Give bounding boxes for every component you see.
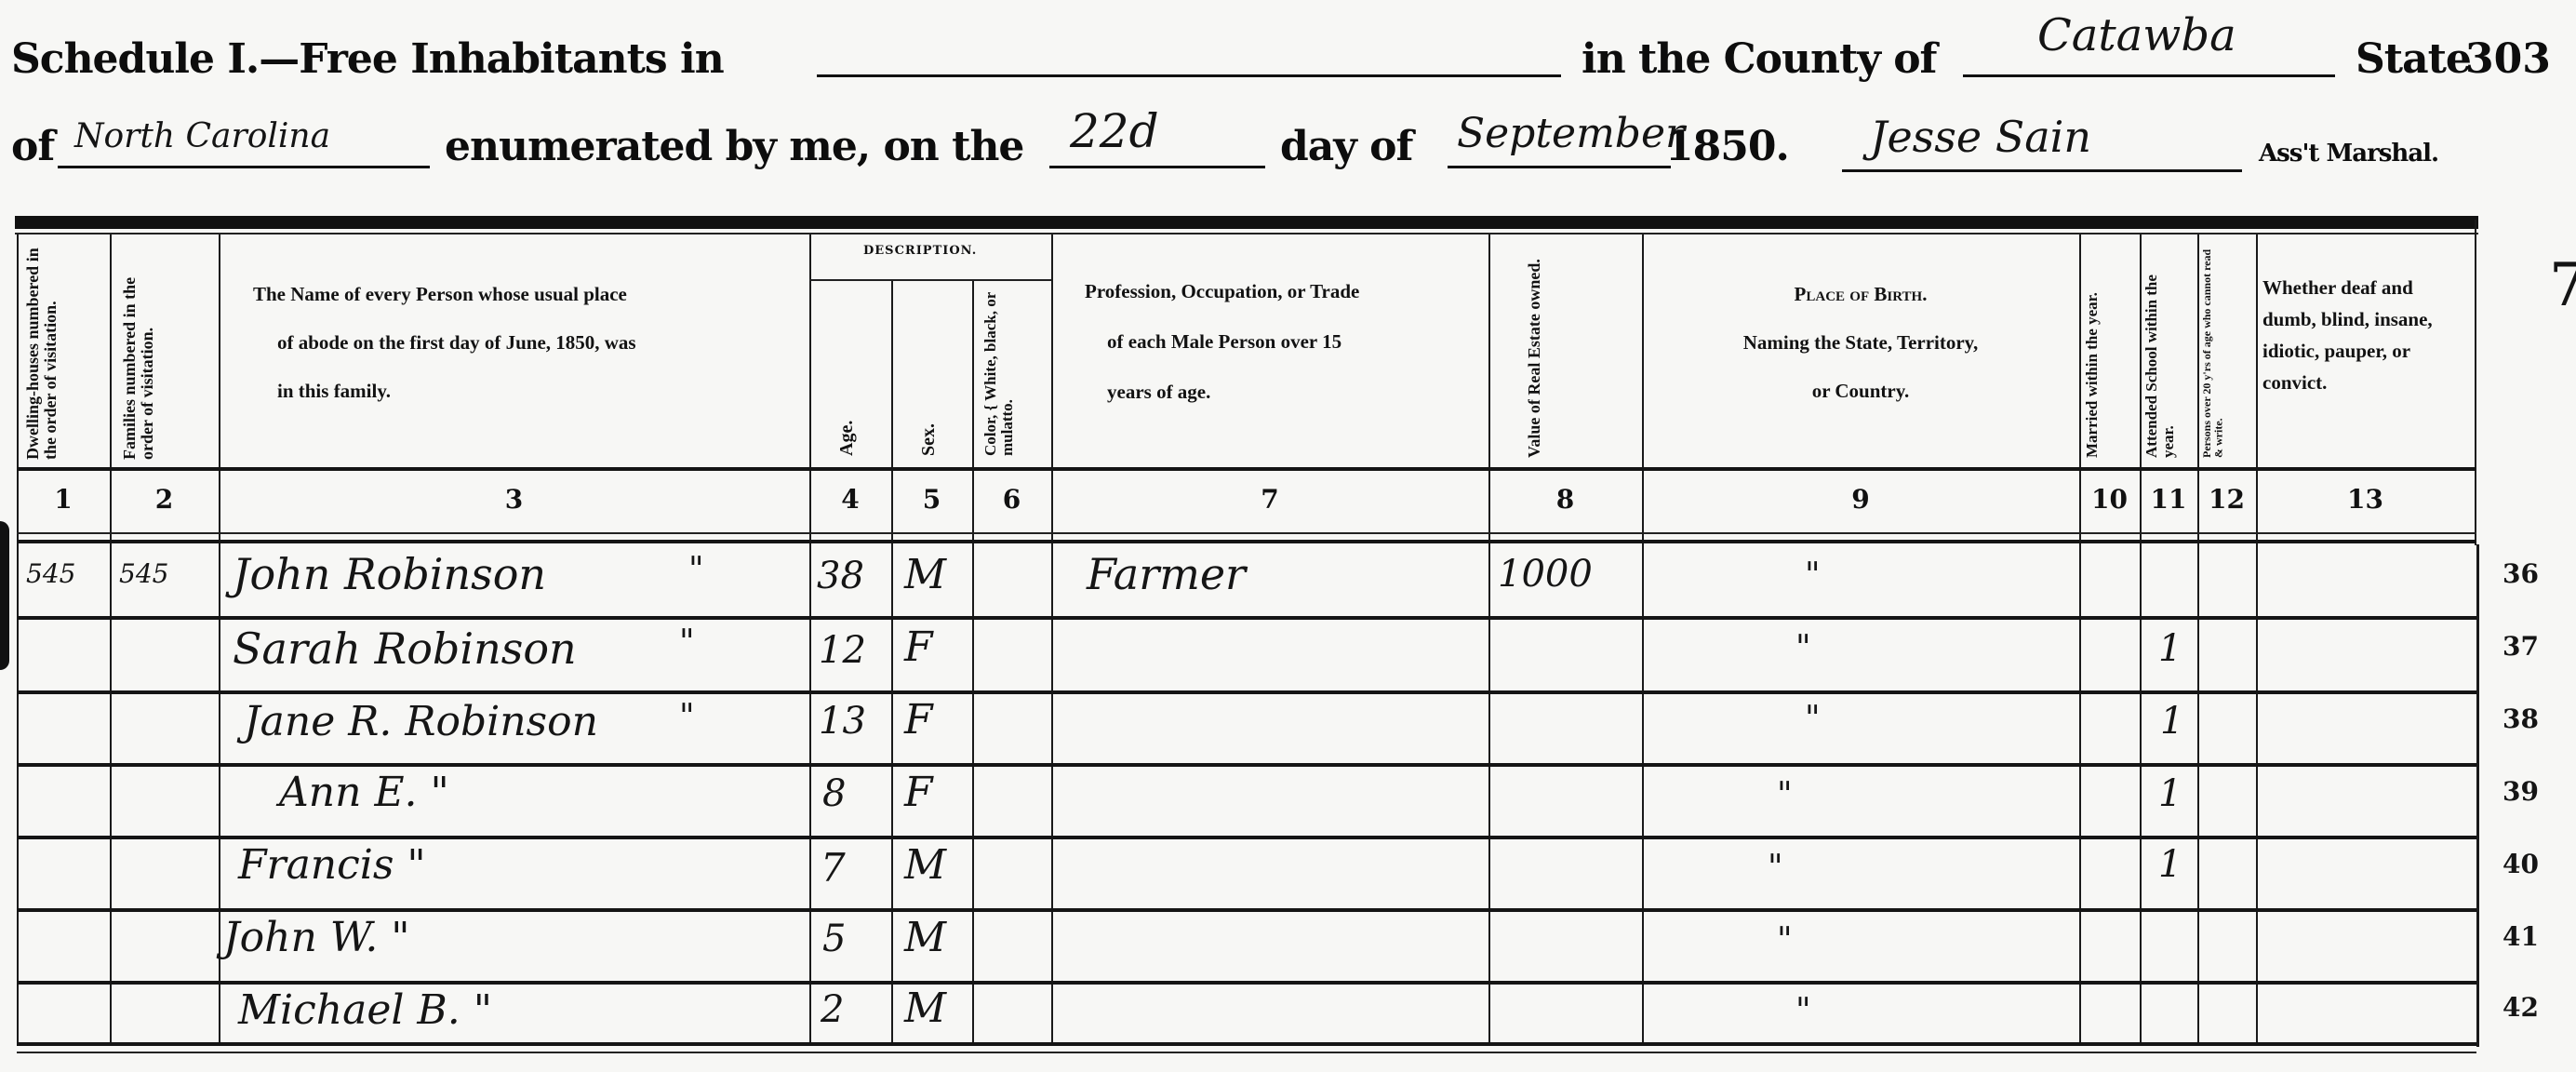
age: 8	[822, 772, 846, 815]
right-border	[2476, 544, 2479, 1047]
marshal-label: Ass't Marshal.	[2259, 140, 2438, 167]
person-name: Francis "	[238, 841, 426, 889]
county-label: in the County of	[1582, 35, 1936, 83]
col-number: 1	[17, 484, 110, 515]
age: 38	[817, 555, 864, 597]
birthplace: "	[1805, 700, 1821, 738]
col-number: 11	[2140, 484, 2197, 515]
col-number: 2	[110, 484, 219, 515]
col-number: 13	[2256, 484, 2475, 515]
attended-school-mark: 1	[2158, 843, 2182, 886]
page-number: 303	[2465, 35, 2551, 83]
col3-header-line: in this family.	[253, 367, 636, 415]
attended-school-mark: 1	[2158, 772, 2182, 815]
col13-header: Whether deaf and dumb, blind, insane, id…	[2262, 272, 2433, 398]
col-divider	[219, 234, 220, 1044]
col10-header: Married within the year.	[2084, 244, 2136, 458]
day-blank	[1049, 166, 1265, 168]
col-divider	[891, 281, 893, 1044]
state-label: State	[2356, 35, 2471, 83]
birthplace: "	[1768, 849, 1783, 887]
sex: F	[904, 769, 933, 816]
marshal-name: Jesse Sain	[1870, 112, 2091, 162]
col1-header: Dwelling-houses numbered in the order of…	[24, 240, 104, 460]
month-value: September	[1457, 110, 1685, 157]
person-name: John Robinson	[233, 549, 546, 599]
person-name: Michael B. "	[238, 986, 492, 1034]
col3-header-line: The Name of every Person whose usual pla…	[253, 270, 636, 318]
col5-header: Sex.	[919, 372, 939, 456]
state-value: North Carolina	[74, 117, 330, 155]
age: 13	[819, 700, 866, 743]
col11-header: Attended School within the year.	[2143, 244, 2194, 458]
col-divider	[1488, 234, 1490, 1044]
birthplace: "	[1777, 921, 1793, 959]
col7-header-line: Profession, Occupation, or Trade	[1085, 266, 1359, 316]
corner-mark: 7	[2549, 251, 2576, 320]
col-divider	[2079, 234, 2081, 1044]
row-rule	[17, 836, 2476, 839]
sex: M	[904, 985, 946, 1032]
col-divider	[110, 234, 112, 1044]
sex: F	[904, 623, 933, 671]
age: 2	[821, 988, 844, 1031]
line-number: 39	[2503, 776, 2539, 807]
col7-header: Profession, Occupation, or Trade of each…	[1085, 266, 1359, 417]
attended-school-mark: 1	[2160, 700, 2183, 743]
inhabitants-in-blank	[817, 74, 1561, 77]
month-blank	[1448, 166, 1671, 168]
col9-header-line: or Country.	[1675, 367, 2047, 415]
family-number: 545	[119, 558, 168, 589]
schedule-title: Schedule I.—Free Inhabitants in	[11, 35, 724, 83]
col-number: 5	[891, 484, 972, 515]
col12-header: Persons over 20 y'rs of age who cannot r…	[2201, 244, 2253, 458]
col9-header-line: Naming the State, Territory,	[1675, 318, 2047, 367]
description-group-label: Description.	[863, 244, 977, 258]
line-number: 38	[2503, 703, 2539, 734]
col9-header-line: Place of Birth.	[1675, 270, 2047, 318]
col13-header-line: dumb, blind, insane,	[2262, 303, 2433, 335]
col-number: 10	[2079, 484, 2140, 515]
enumerated-label: enumerated by me, on the	[445, 123, 1023, 170]
col-number: 8	[1488, 484, 1642, 515]
col-number: 6	[972, 484, 1051, 515]
ditto-mark: "	[679, 623, 695, 662]
col-number: 4	[809, 484, 891, 515]
col8-header: Value of Real Estate owned.	[1526, 244, 1582, 458]
sex: M	[904, 841, 946, 889]
day-value: 22d	[1070, 104, 1159, 158]
table-top-thin-rule	[15, 233, 2478, 234]
ditto-mark: "	[679, 698, 695, 736]
col-number: 3	[219, 484, 809, 515]
person-name: Jane R. Robinson	[244, 698, 598, 745]
person-name: Ann E. "	[279, 769, 449, 816]
col-number: 12	[2197, 484, 2256, 515]
birthplace: "	[1777, 776, 1793, 814]
county-value: Catawba	[2037, 9, 2236, 61]
age: 7	[821, 845, 846, 891]
col-number: 9	[1642, 484, 2079, 515]
col7-header-line: years of age.	[1085, 367, 1359, 417]
col3-header-line: of abode on the first day of June, 1850,…	[253, 318, 636, 367]
attended-school-mark: 1	[2158, 627, 2182, 670]
occupation: Farmer	[1087, 549, 1246, 599]
col-divider	[809, 234, 811, 1044]
col-divider	[2475, 220, 2476, 545]
row-rule	[17, 981, 2476, 985]
row-rule	[17, 690, 2476, 694]
birthplace: "	[1795, 629, 1811, 667]
col-divider	[2197, 234, 2199, 1044]
table-bottom-rule	[17, 1042, 2476, 1046]
row-rule	[17, 908, 2476, 912]
col3-header: The Name of every Person whose usual pla…	[253, 270, 636, 415]
state-blank	[58, 166, 430, 168]
day-of-label: day of	[1280, 123, 1412, 170]
col-divider	[972, 281, 974, 1044]
col-divider	[17, 234, 19, 1044]
marshal-blank	[1842, 169, 2242, 172]
col2-header: Families numbered in the order of visita…	[121, 240, 205, 460]
row-rule	[17, 616, 2476, 620]
body-top-rule	[17, 540, 2476, 543]
person-name: John W. "	[223, 914, 410, 961]
col-divider	[1642, 234, 1644, 1044]
row-rule	[17, 763, 2476, 767]
table-top-rule	[15, 216, 2478, 229]
col-number: 7	[1051, 484, 1488, 515]
header-bottom-rule	[17, 467, 2476, 471]
table-bottom-thin-rule	[17, 1052, 2476, 1053]
sex: M	[904, 914, 946, 961]
col4-header: Age.	[837, 372, 857, 456]
of-label: of	[11, 123, 54, 170]
line-number: 37	[2503, 631, 2539, 662]
age: 5	[822, 918, 846, 960]
col-divider	[1051, 234, 1053, 1044]
col13-header-line: idiotic, pauper, or	[2262, 335, 2433, 367]
line-number: 36	[2503, 558, 2539, 589]
col-divider	[2256, 234, 2258, 1044]
dwelling-number: 545	[26, 558, 75, 589]
birthplace: "	[1805, 556, 1821, 595]
county-blank	[1963, 74, 2335, 77]
col7-header-line: of each Male Person over 15	[1085, 316, 1359, 367]
ditto-mark: "	[688, 551, 704, 589]
sex: F	[904, 696, 933, 744]
line-number: 41	[2503, 921, 2539, 952]
line-number: 40	[2503, 849, 2539, 879]
colnum-bottom-rule	[17, 532, 2476, 534]
col9-header: Place of Birth. Naming the State, Territ…	[1675, 270, 2047, 415]
real-estate-value: 1000	[1498, 553, 1593, 596]
person-name: Sarah Robinson	[233, 623, 577, 674]
sex: M	[904, 551, 946, 598]
col-divider	[2140, 234, 2142, 1044]
col6-header: Color, { White, black, or mulatto.	[982, 288, 1044, 456]
binding-shadow	[0, 521, 9, 670]
description-underline	[809, 279, 1051, 281]
age: 12	[819, 629, 866, 672]
year-label: 1850.	[1665, 123, 1789, 170]
col13-header-line: convict.	[2262, 367, 2433, 398]
col13-header-line: Whether deaf and	[2262, 272, 2433, 303]
birthplace: "	[1795, 992, 1811, 1030]
line-number: 42	[2503, 992, 2539, 1023]
